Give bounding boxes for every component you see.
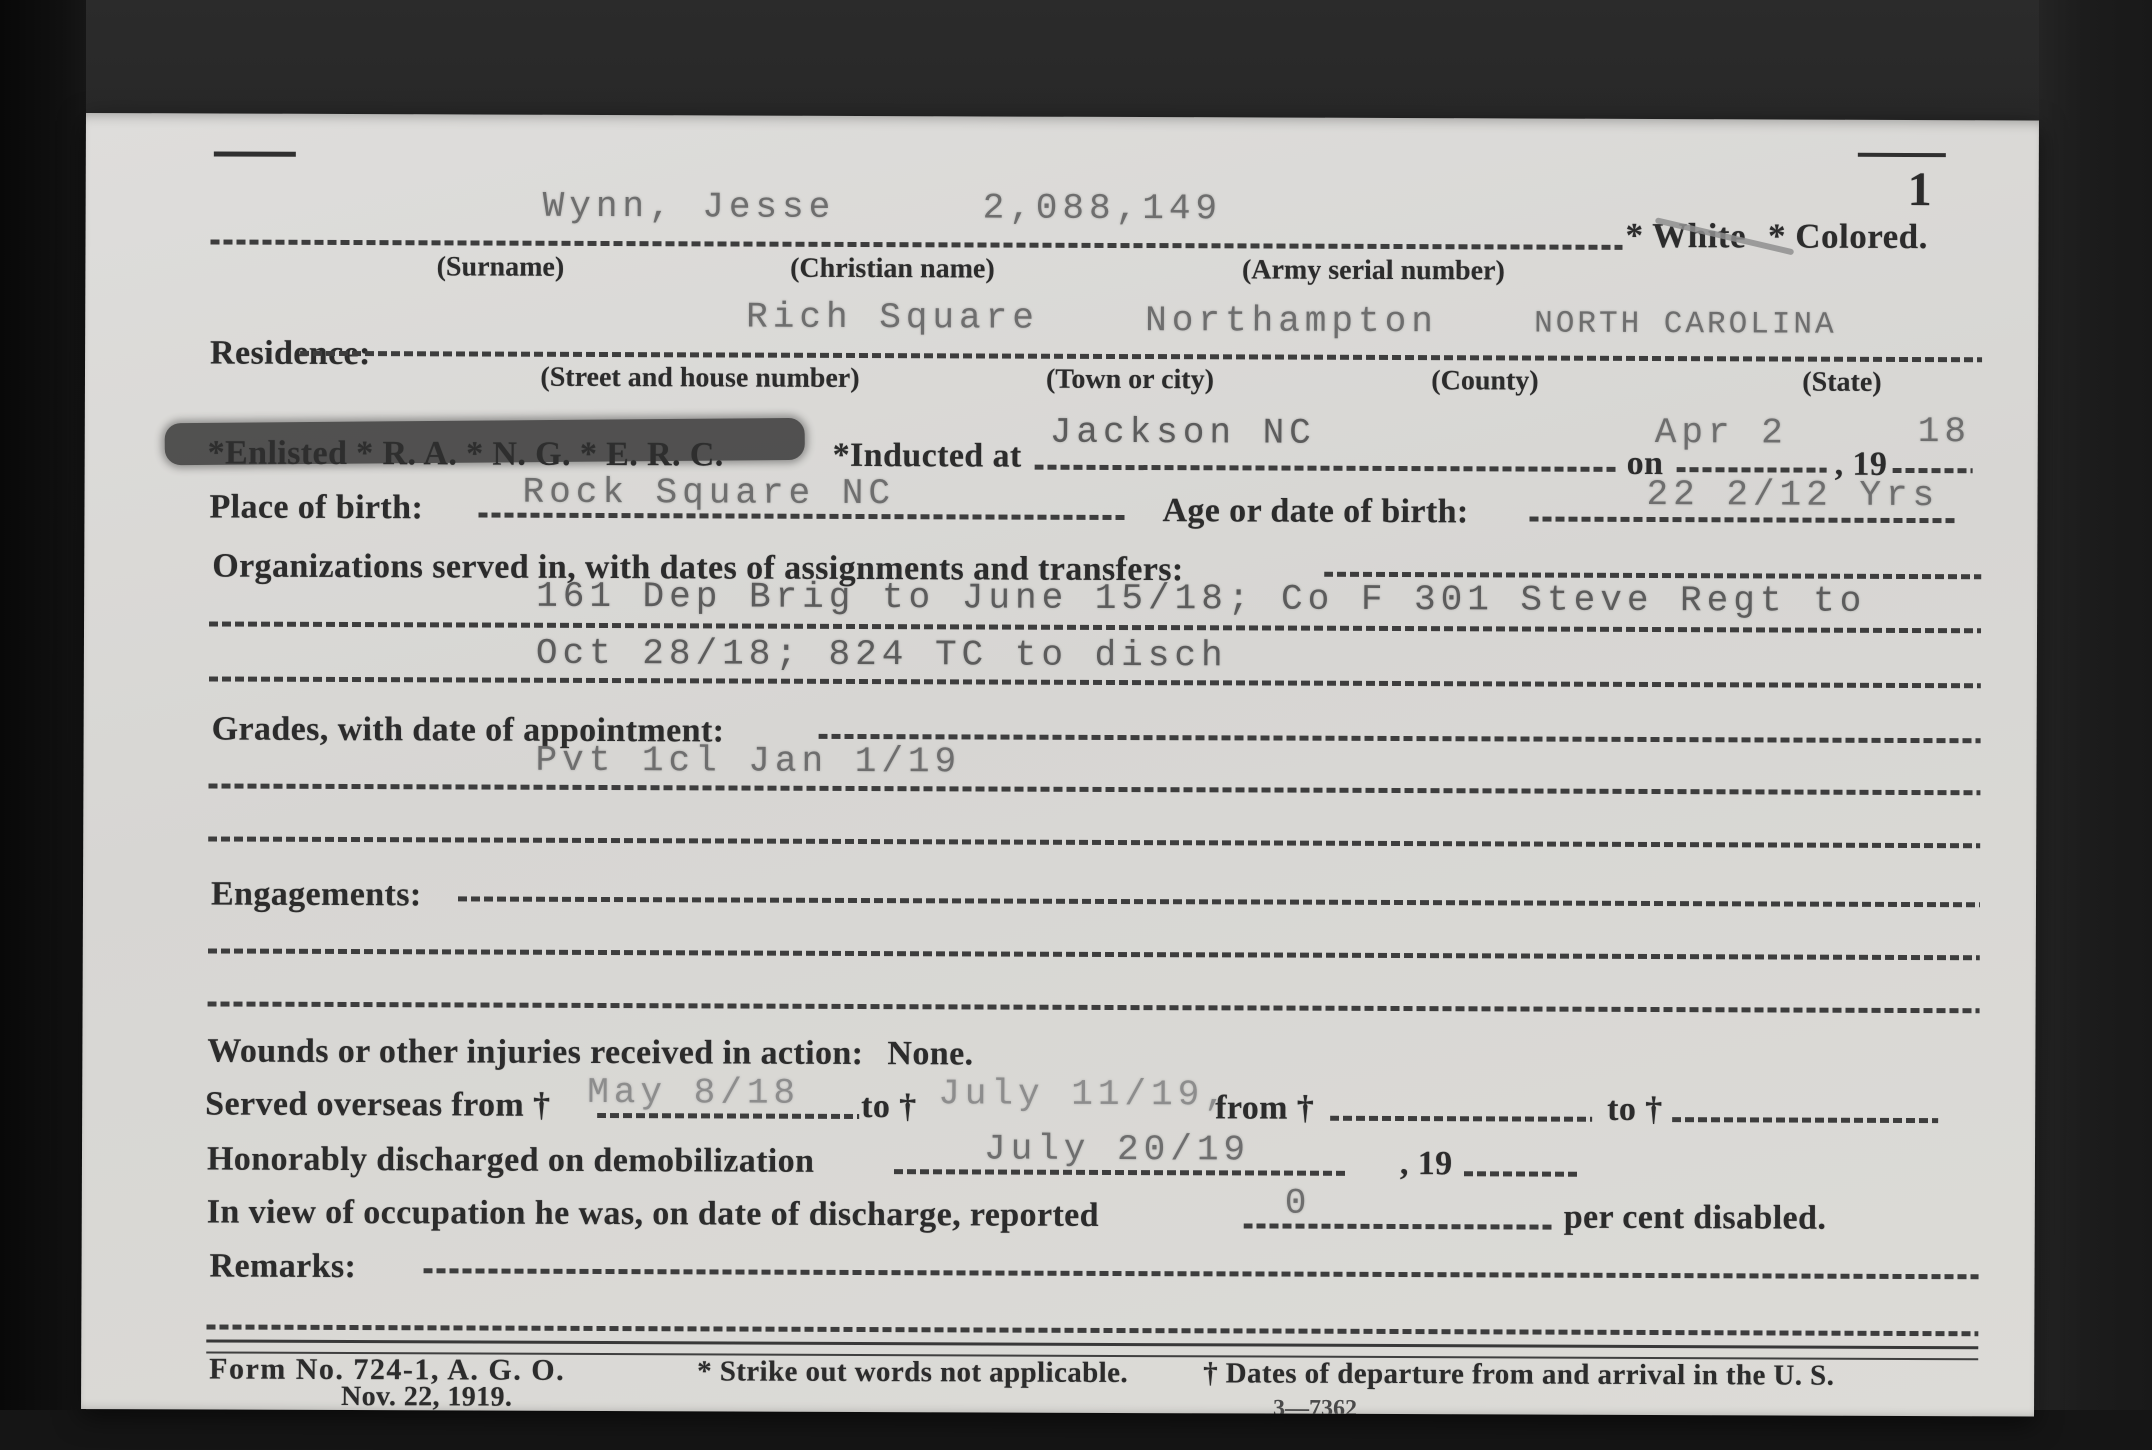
birthplace-rule (478, 513, 1126, 520)
engagements-rule-2 (208, 948, 1980, 960)
typed-grade-entry: Pvt 1cl Jan 1/19 (535, 743, 961, 781)
scan-background-left-edge (0, 0, 86, 1450)
scan-background-bottom (0, 1410, 2152, 1450)
caption-county: (County) (1431, 366, 1538, 397)
inducted-at-label: *Inducted at (833, 436, 1022, 476)
page-number: 1 (1908, 162, 1933, 217)
form-date: Nov. 22, 1919. (341, 1381, 512, 1414)
corner-dash-mark (214, 151, 296, 156)
typed-army-serial-number: 2,088,149 (983, 190, 1223, 227)
disability-suffix: per cent disabled. (1564, 1198, 1827, 1238)
typed-overseas-to-date: July 11/19, (938, 1076, 1231, 1113)
age-rule (1529, 517, 1956, 524)
caption-surname: (Surname) (437, 252, 565, 283)
remarks-label: Remarks: (209, 1246, 356, 1286)
engagements-rule-3 (208, 1001, 1980, 1013)
typed-birthplace: Rock Square NC (522, 475, 895, 512)
typed-surname-christian-name: Wynn, Jesse (543, 189, 836, 226)
caption-christian-name: (Christian name) (790, 254, 995, 286)
overseas-rule-3 (1672, 1117, 1938, 1123)
scan-background-right-edge (2039, 0, 2152, 1450)
record-card: 1 Wynn, Jesse 2,088,149 * White* Colored… (81, 113, 2039, 1416)
scanned-service-record: { "colors": { "background": "#272727", "… (0, 0, 2152, 1450)
typed-disability-percent: 0 (1285, 1186, 1312, 1222)
place-of-birth-label: Place of birth: (209, 487, 423, 527)
discharge-rule (894, 1169, 1349, 1176)
typed-organizations-line-2: Oct 28/18; 824 TC to disch (536, 636, 1228, 675)
typed-induction-place: Jackson NC (1050, 415, 1316, 452)
caption-state: (State) (1802, 368, 1881, 399)
grades-rule-2 (208, 836, 1980, 848)
typed-age: 22 2/12 Yrs (1646, 477, 1939, 514)
overseas-to-label: to † (861, 1087, 917, 1126)
name-row-rule (210, 239, 1622, 249)
disability-label: In view of occupation he was, on date of… (207, 1192, 1099, 1235)
wounds-label: Wounds or other injuries received in act… (207, 1032, 863, 1072)
scan-background-top (86, 0, 2039, 115)
caption-town-or-city: (Town or city) (1046, 365, 1214, 396)
age-or-date-of-birth-label: Age or date of birth: (1162, 491, 1468, 531)
strike-out-note: * Strike out words not applicable. (697, 1355, 1128, 1390)
grades-rule-1 (208, 783, 1980, 795)
typed-induction-date: Apr 2 (1655, 415, 1788, 452)
typed-residence-county: Northampton (1145, 303, 1438, 340)
page-number-overline (1858, 153, 1946, 157)
caption-army-serial-number: (Army serial number) (1242, 255, 1505, 287)
grades-lead-rule (819, 734, 1981, 743)
overseas-rule-2 (1330, 1116, 1592, 1122)
disability-rule (1244, 1223, 1554, 1229)
served-overseas-label: Served overseas from † (205, 1084, 550, 1124)
induction-date-rule (1677, 467, 1827, 473)
induction-place-rule (1035, 465, 1617, 472)
wounds-line: Wounds or other injuries received in act… (207, 1031, 973, 1073)
discharge-year-prefix: , 19 (1400, 1144, 1453, 1183)
discharge-label: Honorably discharged on demobilization (207, 1139, 815, 1180)
organizations-rule-2 (209, 676, 1981, 688)
engagements-lead-rule (458, 896, 1980, 907)
engagements-label: Engagements: (211, 874, 422, 914)
typed-overseas-from-date: May 8/18 (587, 1075, 800, 1112)
induction-year-rule (1893, 468, 1973, 473)
residence-rule (300, 351, 1982, 362)
dagger-note: † Dates of departure from and arrival in… (1203, 1357, 1834, 1393)
overseas-rule-1 (597, 1113, 859, 1119)
typed-organizations-line-1: 161 Dep Brig to June 15/18; Co F 301 Ste… (536, 579, 1866, 620)
overseas-to-label-2: to † (1607, 1090, 1663, 1129)
overseas-from-label-2: from † (1215, 1088, 1314, 1127)
ink-smear-strike (165, 418, 805, 465)
typed-residence-state: NORTH CAROLINA (1534, 309, 1837, 341)
organizations-rule-1 (209, 621, 1981, 633)
print-code: 3—7362 (1273, 1396, 1357, 1417)
typed-induction-year: 18 (1918, 414, 1971, 450)
discharge-year-rule (1464, 1171, 1579, 1176)
caption-street-and-house-number: (Street and house number) (540, 363, 859, 395)
typed-residence-town: Rich Square (746, 300, 1039, 337)
typed-discharge-date: July 20/19 (984, 1131, 1250, 1168)
remarks-rule (424, 1268, 1979, 1279)
wounds-value: None. (887, 1035, 973, 1072)
bottom-dashed-rule (206, 1324, 1978, 1336)
